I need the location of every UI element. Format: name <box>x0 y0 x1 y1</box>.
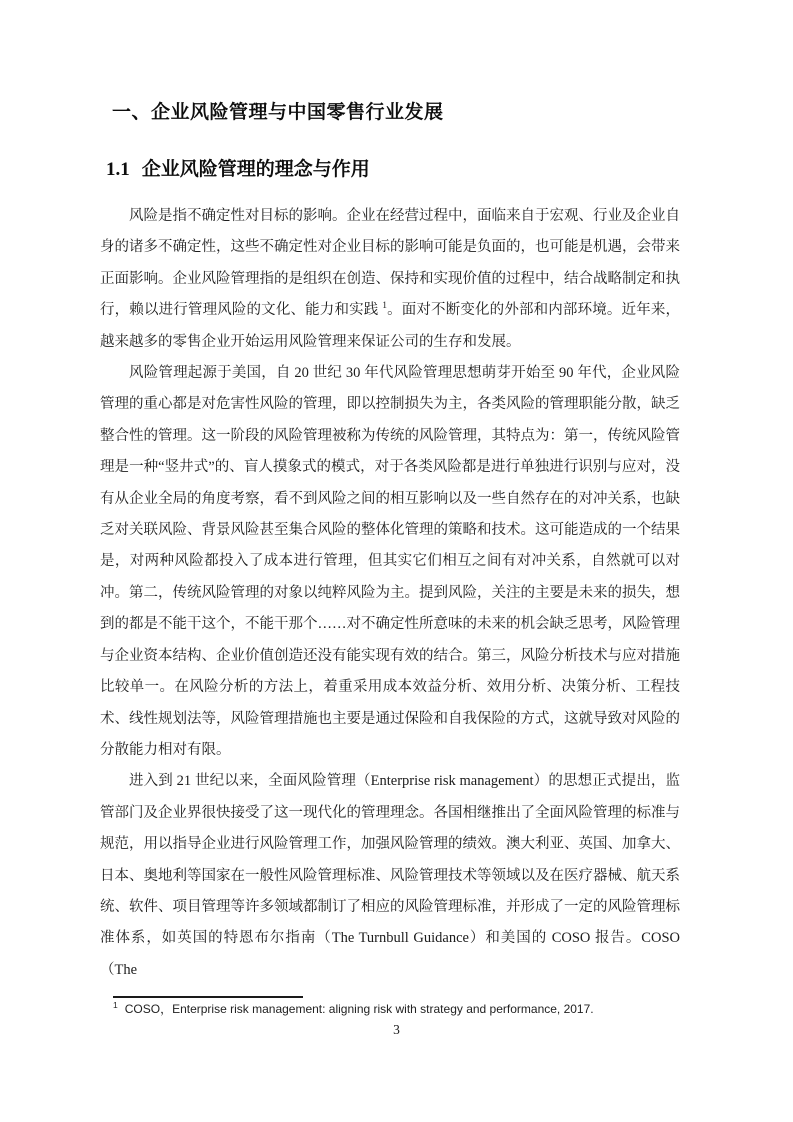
document-page: 一、企业风险管理与中国零售行业发展 1.1企业风险管理的理念与作用 风险是指不确… <box>0 0 793 1122</box>
footnote-marker: 1 <box>113 1000 118 1010</box>
section-number: 1.1 <box>106 159 130 180</box>
footnote-divider <box>113 996 303 998</box>
chapter-heading: 一、企业风险管理与中国零售行业发展 <box>112 100 444 126</box>
document-body: 风险是指不确定性对目标的影响。企业在经营过程中，面临来自于宏观、行业及企业自身的… <box>100 201 680 986</box>
page-number: 3 <box>0 1022 793 1038</box>
paragraph-1: 风险是指不确定性对目标的影响。企业在经营过程中，面临来自于宏观、行业及企业自身的… <box>100 201 680 358</box>
paragraph-3: 进入到 21 世纪以来，全面风险管理（Enterprise risk manag… <box>100 766 680 986</box>
section-title: 企业风险管理的理念与作用 <box>142 159 370 180</box>
paragraph-2: 风险管理起源于美国，自 20 世纪 30 年代风险管理思想萌芽开始至 90 年代… <box>100 358 680 766</box>
footnote-text: COSO，Enterprise risk management: alignin… <box>125 1002 594 1016</box>
section-heading: 1.1企业风险管理的理念与作用 <box>106 157 370 183</box>
footnote-1: 1COSO，Enterprise risk management: aligni… <box>113 1001 680 1018</box>
